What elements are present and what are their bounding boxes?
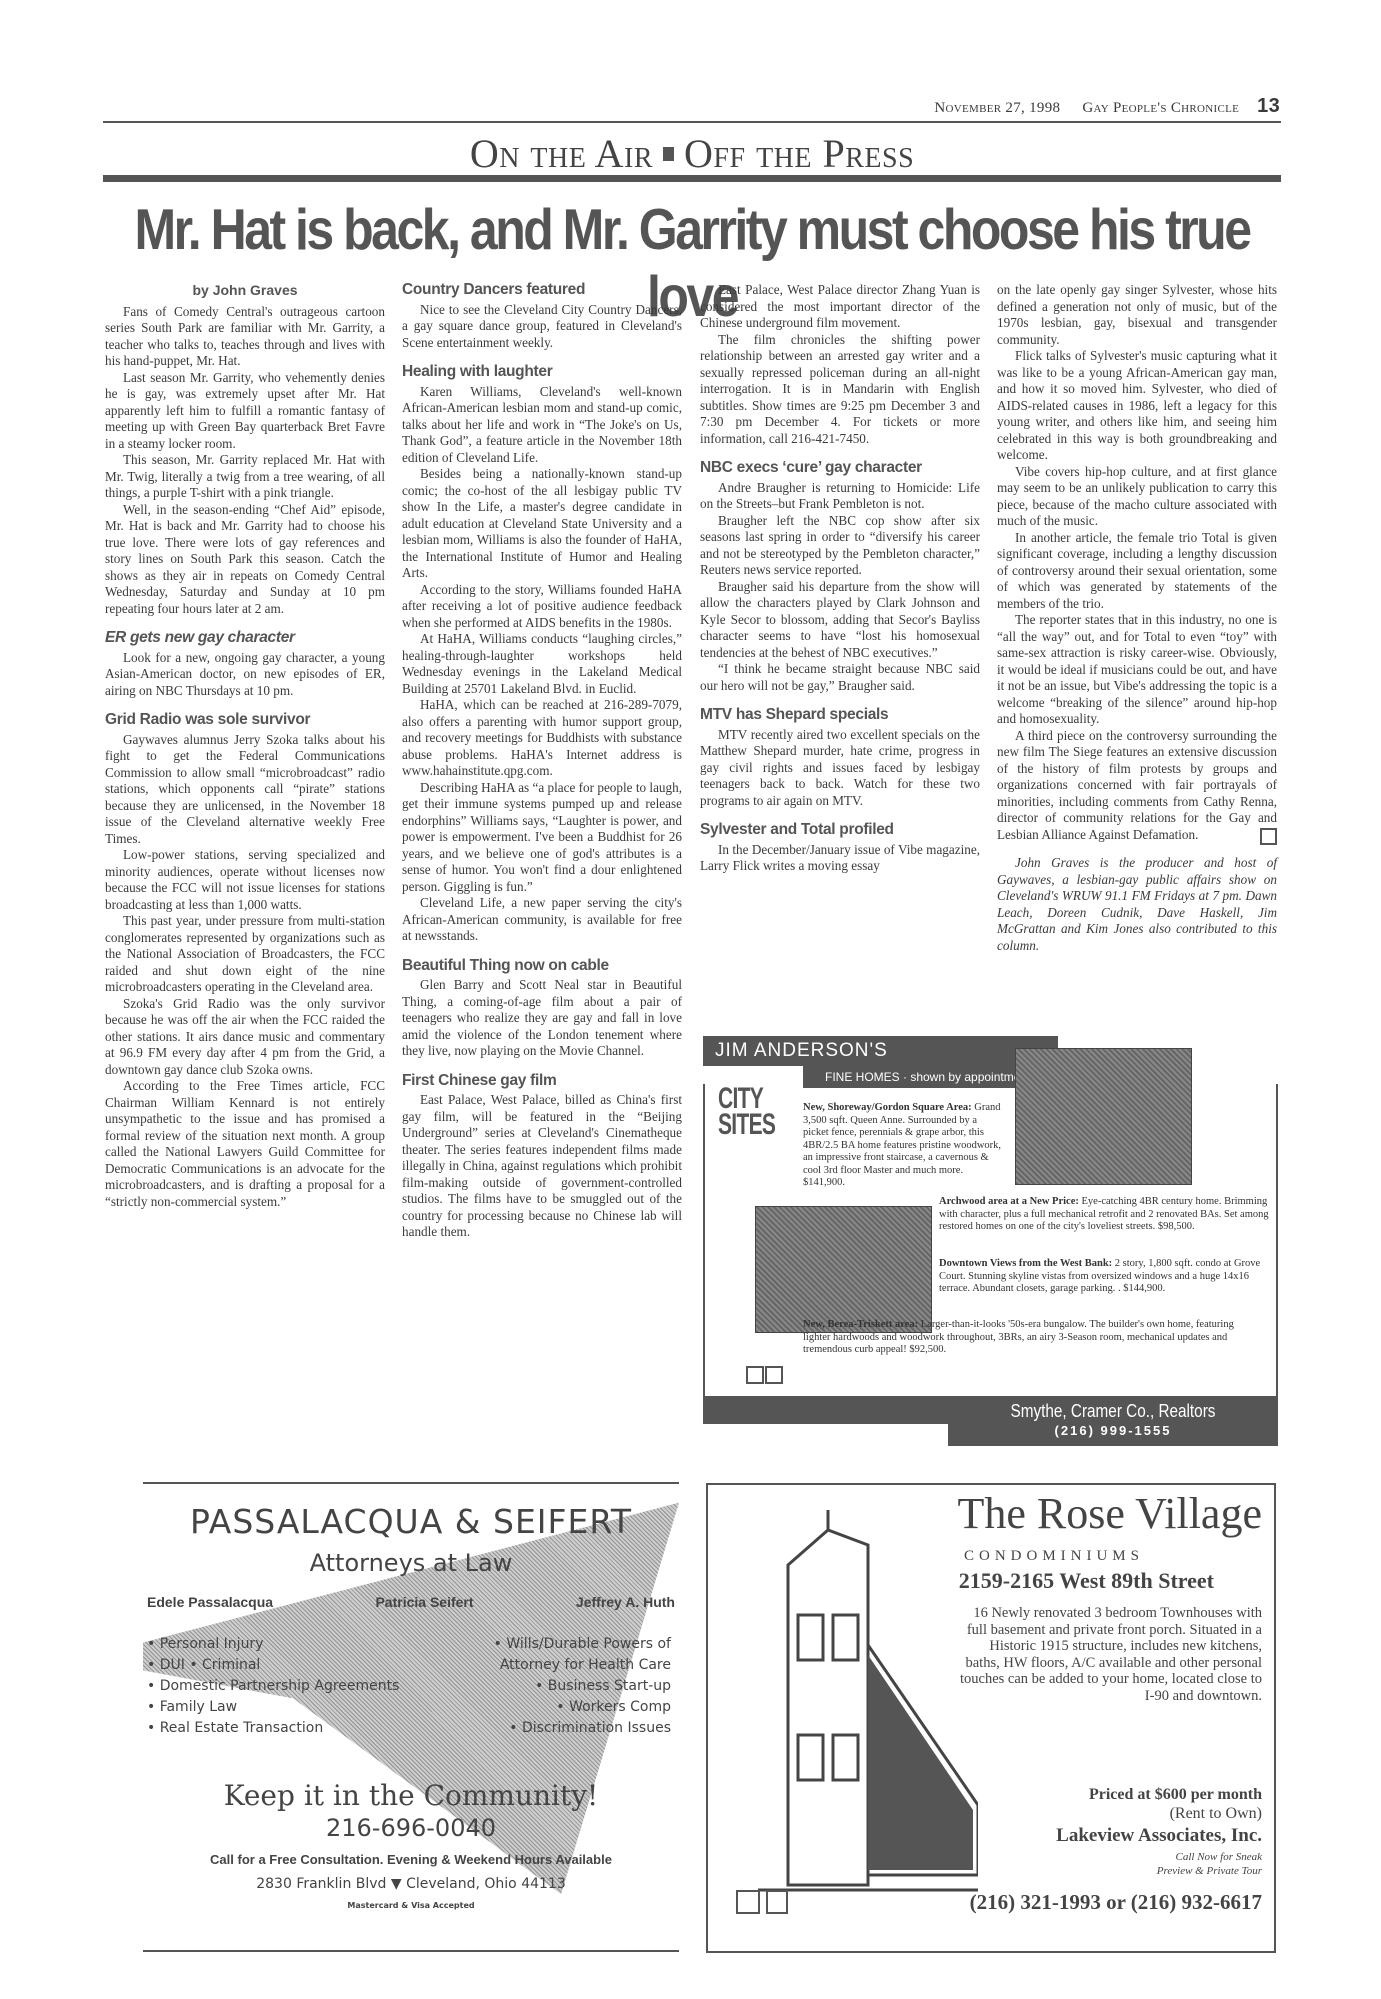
realtor-phone: (216) 999-1555 (948, 1423, 1278, 1438)
listing-heading: New, Shoreway/Gordon Square Area: (803, 1102, 972, 1113)
column-3: East Palace, West Palace director Zhang … (700, 282, 980, 875)
author-bio: John Graves is the producer and host of … (997, 855, 1277, 954)
price: Priced at $600 per month (1089, 1785, 1262, 1804)
listing-heading: Downtown Views from the West Bank: (939, 1258, 1112, 1269)
paragraph: This past year, under pressure from mult… (105, 913, 385, 996)
slogan: Keep it in the Community! (143, 1779, 679, 1812)
issue-date: November 27, 1998 (934, 100, 1060, 116)
listing: New, Berea-Triskett area: Larger-than-it… (803, 1319, 1243, 1357)
law-firm-ad: PASSALACQUA & SEIFERT Attorneys at Law E… (143, 1482, 679, 1952)
paragraph: Last season Mr. Garrity, who vehemently … (105, 370, 385, 453)
section-right: Off the Press (684, 131, 914, 176)
subhead-mtv: MTV has Shepard specials (700, 707, 980, 724)
house-photo (1015, 1048, 1192, 1185)
paragraph: Braugher said his departure from the sho… (700, 579, 980, 662)
ad-subtitle: CONDOMINIUMS (964, 1548, 1144, 1565)
paragraph: Describing HaHA as “a place for people t… (402, 780, 682, 896)
paragraph: Low-power stations, serving specialized … (105, 847, 385, 913)
paragraph: In the December/January issue of Vibe ma… (700, 842, 980, 875)
subhead-sylvester: Sylvester and Total profiled (700, 822, 980, 839)
paragraph: on the late openly gay singer Sylvester,… (997, 282, 1277, 348)
paragraph: Braugher left the NBC cop show after six… (700, 513, 980, 579)
logo-line: SITES (718, 1112, 757, 1138)
contact-phones: (216) 321-1993 or (216) 932-6617 (970, 1890, 1262, 1915)
firm-name: PASSALACQUA & SEIFERT (143, 1502, 679, 1541)
realtor-name: Smythe, Cramer Co., Realtors (973, 1399, 1254, 1423)
folio: November 27, 1998Gay People's Chronicle1… (105, 95, 1280, 118)
section-title: On the AirOff the Press (103, 130, 1281, 177)
house-photo (755, 1206, 932, 1333)
column-2: Country Dancers featured Nice to see the… (402, 282, 682, 1241)
attorney-name: Jeffrey A. Huth (576, 1594, 675, 1610)
tour-note: Call Now for SneakPreview & Private Tour (1157, 1850, 1262, 1878)
service-item: • Domestic Partnership Agreements (147, 1676, 399, 1697)
paragraph: The reporter states that in this industr… (997, 612, 1277, 728)
subhead-grid: Grid Radio was sole survivor (105, 712, 385, 729)
listing: New, Shoreway/Gordon Square Area: Grand … (803, 1102, 1003, 1190)
listing: Downtown Views from the West Bank: 2 sto… (939, 1258, 1269, 1296)
column-1: by John Graves Fans of Comedy Central's … (105, 282, 385, 1210)
service-item: • Business Start-up (494, 1676, 671, 1697)
building-illustration (748, 1505, 978, 1905)
paragraph: In another article, the female trio Tota… (997, 530, 1277, 613)
ad-title: JIM ANDERSON'S (703, 1036, 1058, 1066)
divider-thick (103, 175, 1281, 182)
listing-heading: New, Berea-Triskett area: (803, 1319, 918, 1330)
paragraph: Andre Braugher is returning to Homicide:… (700, 480, 980, 513)
service-item: • Workers Comp (494, 1697, 671, 1718)
rose-village-ad: The Rose Village CONDOMINIUMS 2159-2165 … (706, 1483, 1276, 1953)
paragraph: Karen Williams, Cleveland's well-known A… (402, 384, 682, 467)
paragraph: Besides being a nationally-known stand-u… (402, 466, 682, 582)
paragraph: Well, in the season-ending “Chef Aid” ep… (105, 502, 385, 618)
paragraph: Szoka's Grid Radio was the only survivor… (105, 996, 385, 1079)
paragraph: MTV recently aired two excellent special… (700, 727, 980, 810)
paragraph: East Palace, West Palace director Zhang … (700, 282, 980, 332)
end-mark-icon (1260, 828, 1277, 845)
paragraph: Flick talks of Sylvester's music capturi… (997, 348, 1277, 464)
realtor-r-icon (765, 1366, 783, 1384)
firm-phone: 216-696-0040 (143, 1814, 679, 1842)
service-item: • Discrimination Issues (494, 1718, 671, 1739)
tour-line: Call Now for Sneak (1157, 1850, 1262, 1864)
subhead-er: ER gets new gay character (105, 630, 385, 647)
paragraph: Cleveland Life, a new paper serving the … (402, 895, 682, 945)
listing-text: Grand 3,500 sqft. Queen Anne. Surrounded… (803, 1102, 1001, 1188)
subhead-healing: Healing with laughter (402, 364, 682, 381)
paragraph-text: A third piece on the controversy surroun… (997, 728, 1277, 842)
subhead-chinese: First Chinese gay film (402, 1073, 682, 1090)
byline: by John Graves (105, 282, 385, 299)
paragraph: “I think he became straight because NBC … (700, 661, 980, 694)
paragraph: Look for a new, ongoing gay character, a… (105, 650, 385, 700)
firm-address: 2830 Franklin Blvd ▼ Cleveland, Ohio 441… (143, 1876, 679, 1892)
firm-subtitle: Attorneys at Law (143, 1549, 679, 1577)
paragraph: Nice to see the Cleveland City Country D… (402, 302, 682, 352)
listing-heading: Archwood area at a New Price: (939, 1196, 1079, 1207)
services-right: • Wills/Durable Powers of Attorney for H… (494, 1634, 671, 1739)
paragraph: According to the story, Williams founded… (402, 582, 682, 632)
paragraph: Gaywaves alumnus Jerry Szoka talks about… (105, 732, 385, 848)
paragraph: Vibe covers hip-hop culture, and at firs… (997, 464, 1277, 530)
paragraph: This season, Mr. Garrity replaced Mr. Ha… (105, 452, 385, 502)
subhead-nbc: NBC execs ‘cure’ gay character (700, 460, 980, 477)
company-name: Lakeview Associates, Inc. (1056, 1825, 1262, 1847)
paragraph: Glen Barry and Scott Neal star in Beauti… (402, 977, 682, 1060)
column-4: on the late openly gay singer Sylvester,… (997, 282, 1277, 954)
service-item: • Real Estate Transaction (147, 1718, 399, 1739)
paragraph: At HaHA, Williams conducts “laughing cir… (402, 631, 682, 697)
divider (103, 121, 1281, 123)
listing: Archwood area at a New Price: Eye-catchi… (939, 1196, 1269, 1234)
address: 2159-2165 West 89th Street (959, 1568, 1214, 1594)
service-item: • Wills/Durable Powers of (494, 1634, 671, 1655)
realtor-block: Smythe, Cramer Co., Realtors (216) 999-1… (948, 1396, 1278, 1446)
paragraph: According to the Free Times article, FCC… (105, 1078, 385, 1210)
square-bullet-icon (663, 147, 674, 161)
subhead-beautiful: Beautiful Thing now on cable (402, 958, 682, 975)
attorney-name: Edele Passalacqua (147, 1594, 273, 1610)
service-item: • Personal Injury (147, 1634, 399, 1655)
attorney-names: Edele Passalacqua Patricia Seifert Jeffr… (143, 1594, 679, 1610)
equal-housing-icon (736, 1890, 760, 1914)
equal-housing-icon (746, 1366, 764, 1384)
consultation-note: Call for a Free Consultation. Evening & … (143, 1852, 679, 1867)
attorney-name: Patricia Seifert (375, 1594, 473, 1610)
services-left: • Personal Injury • DUI • Criminal • Dom… (147, 1634, 399, 1739)
city-sites-ad: JIM ANDERSON'S FINE HOMES · shown by app… (703, 1036, 1281, 1446)
service-item: Attorney for Health Care (494, 1655, 671, 1676)
subhead-country: Country Dancers featured (402, 282, 682, 299)
paragraph: East Palace, West Palace, billed as Chin… (402, 1092, 682, 1241)
tour-line: Preview & Private Tour (1157, 1864, 1262, 1878)
realtor-r-icon (766, 1890, 788, 1914)
paragraph: HaHA, which can be reached at 216-289-70… (402, 697, 682, 780)
publication-name: Gay People's Chronicle (1082, 100, 1239, 116)
ad-title: The Rose Village (958, 1488, 1262, 1539)
page-number: 13 (1257, 95, 1280, 117)
cards-accepted: Mastercard & Visa Accepted (143, 1901, 679, 1910)
service-item: • DUI • Criminal (147, 1655, 399, 1676)
paragraph: Fans of Comedy Central's outrageous cart… (105, 304, 385, 370)
section-left: On the Air (470, 131, 653, 176)
description: 16 Newly renovated 3 bedroom Townhouses … (952, 1605, 1262, 1704)
ad-tagline: FINE HOMES · shown by appointment (803, 1066, 1048, 1088)
paragraph: The film chronicles the shifting power r… (700, 332, 980, 448)
rent-note: (Rent to Own) (1170, 1805, 1262, 1823)
paragraph: A third piece on the controversy surroun… (997, 728, 1277, 844)
city-sites-logo: CITYSITES (718, 1086, 757, 1138)
service-item: • Family Law (147, 1697, 399, 1718)
